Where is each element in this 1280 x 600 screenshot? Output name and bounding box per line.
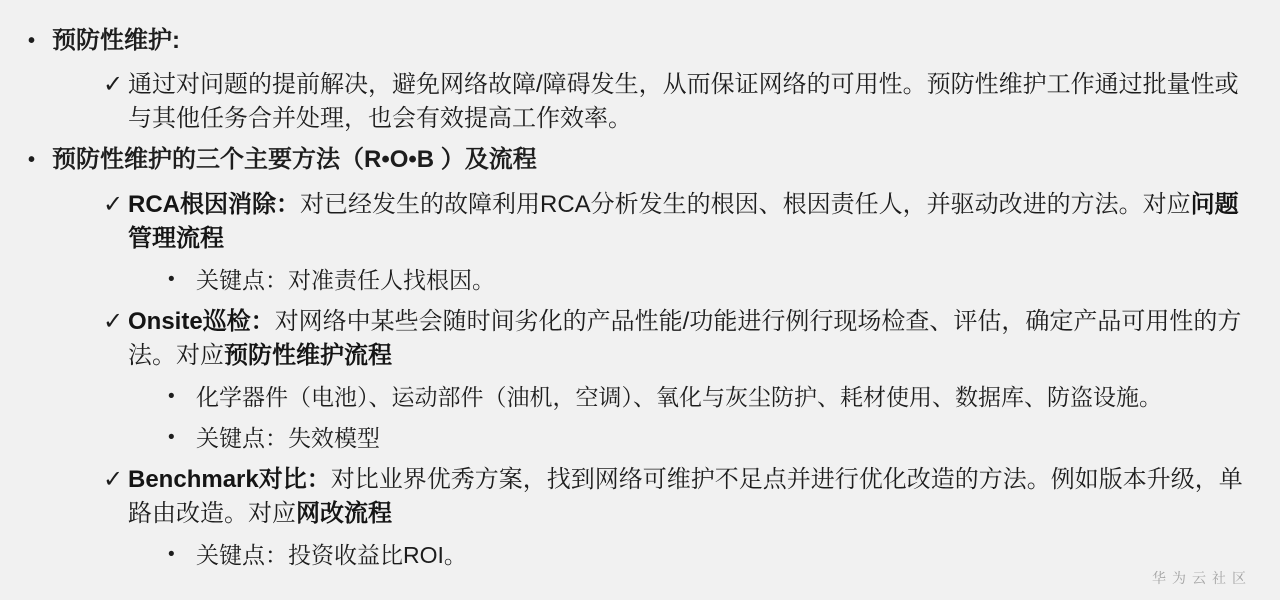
item-text: 预防性维护的三个主要方法（R•O•B ）及流程	[52, 143, 1250, 177]
bullet-item-preventive-maintenance: • 预防性维护:	[0, 24, 1250, 58]
item-text: 关键点：对准责任人找根因。	[196, 264, 1250, 296]
watermark-huawei-cloud-community: 华为云社区	[1152, 568, 1252, 588]
item-text: Benchmark对比：对比业界优秀方案，找到网络可维护不足点并进行优化改造的方…	[128, 463, 1250, 531]
bullet-icon: •	[168, 422, 196, 454]
slide: • 预防性维护: ✓ 通过对问题的提前解决，避免网络故障/障碍发生，从而保证网络…	[0, 0, 1280, 600]
check-item-rca: ✓ RCA根因消除：对已经发生的故障利用RCA分析发生的根因、根因责任人，并驱动…	[0, 188, 1250, 256]
item-text: 化学器件（电池）、运动部件（油机，空调）、氧化与灰尘防护、耗材使用、数据库、防盗…	[196, 381, 1250, 413]
item-text: 通过对问题的提前解决，避免网络故障/障碍发生，从而保证网络的可用性。预防性维护工…	[128, 68, 1250, 136]
bullet-icon: •	[28, 24, 52, 58]
item-tail-text: 网改流程	[296, 500, 392, 527]
item-text: 关键点：失效模型	[196, 422, 1250, 454]
item-lead-text: Benchmark对比：	[128, 466, 331, 493]
bullet-item-onsite-examples: • 化学器件（电池）、运动部件（油机，空调）、氧化与灰尘防护、耗材使用、数据库、…	[0, 381, 1250, 413]
check-icon: ✓	[103, 305, 128, 339]
item-text: Onsite巡检：对网络中某些会随时间劣化的产品性能/功能进行例行现场检查、评估…	[128, 305, 1250, 373]
item-text: 关键点：投资收益比ROI。	[196, 539, 1250, 571]
item-lead-text: Onsite巡检：	[128, 308, 275, 335]
bullet-item-three-methods: • 预防性维护的三个主要方法（R•O•B ）及流程	[0, 143, 1250, 177]
item-lead-text: RCA根因消除：	[128, 191, 300, 218]
item-text: RCA根因消除：对已经发生的故障利用RCA分析发生的根因、根因责任人，并驱动改进…	[128, 188, 1250, 256]
bullet-item-rca-keypoint: • 关键点：对准责任人找根因。	[0, 264, 1250, 296]
item-text: 预防性维护:	[52, 24, 1250, 58]
check-icon: ✓	[103, 68, 128, 102]
check-item-preventive-desc: ✓ 通过对问题的提前解决，避免网络故障/障碍发生，从而保证网络的可用性。预防性维…	[0, 68, 1250, 136]
bullet-item-onsite-keypoint: • 关键点：失效模型	[0, 422, 1250, 454]
check-item-benchmark: ✓ Benchmark对比：对比业界优秀方案，找到网络可维护不足点并进行优化改造…	[0, 463, 1250, 531]
bullet-icon: •	[168, 264, 196, 296]
check-icon: ✓	[103, 188, 128, 222]
bullet-icon: •	[28, 143, 52, 177]
bullet-icon: •	[168, 381, 196, 413]
bullet-icon: •	[168, 539, 196, 571]
check-icon: ✓	[103, 463, 128, 497]
item-body-text: 对已经发生的故障利用RCA分析发生的根因、根因责任人，并驱动改进的方法。对应	[300, 191, 1191, 218]
bullet-item-benchmark-keypoint: • 关键点：投资收益比ROI。	[0, 539, 1250, 571]
check-item-onsite: ✓ Onsite巡检：对网络中某些会随时间劣化的产品性能/功能进行例行现场检查、…	[0, 305, 1250, 373]
item-tail-text: 预防性维护流程	[224, 342, 392, 369]
